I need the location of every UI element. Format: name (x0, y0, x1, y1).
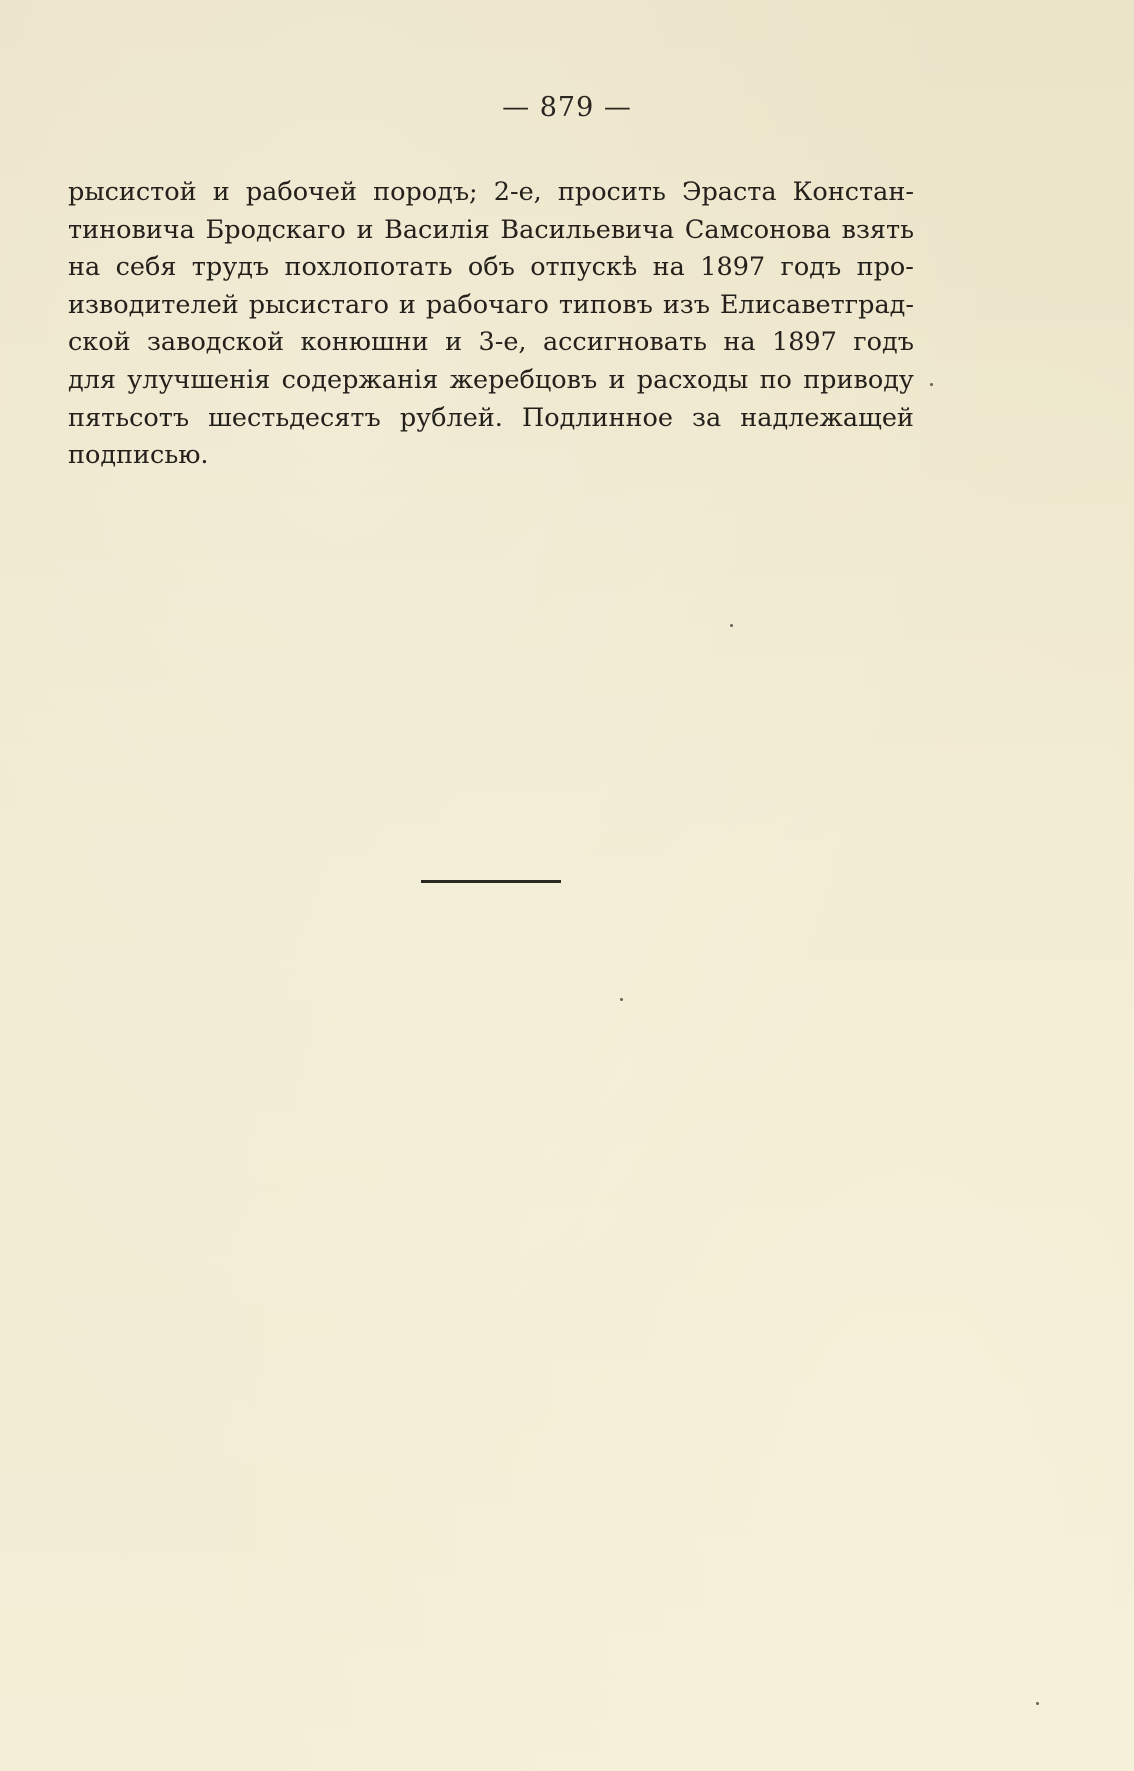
section-divider-rule (421, 880, 561, 883)
word: взять (842, 212, 914, 250)
text-line: изводителейрысистагоирабочаготиповъизъЕл… (68, 287, 914, 325)
word: и (213, 174, 230, 212)
word: рысистой (68, 174, 197, 212)
word: отпускѣ (530, 249, 637, 287)
word: ассигновать (543, 324, 707, 362)
word: Констан- (793, 174, 914, 212)
word: жеребцовъ (450, 362, 598, 400)
word: содержанія (282, 362, 439, 400)
word: годъ (781, 249, 842, 287)
paper-speck (730, 624, 733, 627)
text-line: рысистойирабочейпородъ;2-е,проситьЭраста… (68, 174, 914, 212)
word: Эраста (682, 174, 777, 212)
word: шестьдесятъ (208, 400, 381, 438)
word: 3-е, (478, 324, 526, 362)
word: Василія (384, 212, 490, 250)
word: изъ (663, 287, 710, 325)
word: Подлинное (522, 400, 673, 438)
word: и (356, 212, 373, 250)
word: трудъ (192, 249, 269, 287)
word: на (723, 324, 755, 362)
word: для (68, 362, 116, 400)
word: себя (116, 249, 177, 287)
word: 1897 (772, 324, 837, 362)
word: на (653, 249, 685, 287)
word: ской (68, 324, 131, 362)
word: годъ (853, 324, 914, 362)
word: на (68, 249, 100, 287)
text-line: тиновичаБродскагоиВасиліяВасильевичаСамс… (68, 212, 914, 250)
paper-speck (930, 383, 933, 386)
word: 2-е, (494, 174, 542, 212)
paper-speck (1036, 1702, 1039, 1705)
word: рублей. (400, 400, 503, 438)
word: подписью. (68, 437, 209, 475)
word: заводской (147, 324, 284, 362)
word: рабочей (246, 174, 357, 212)
word: приводу (803, 362, 914, 400)
word: изводителей (68, 287, 239, 325)
word: Елисаветград- (720, 287, 914, 325)
word: похлопотать (285, 249, 453, 287)
word: Самсонова (685, 212, 831, 250)
word: и (608, 362, 625, 400)
word: 1897 (700, 249, 765, 287)
word: породъ; (373, 174, 478, 212)
scanned-page: — 879 — рысистойирабочейпородъ;2-е,проси… (0, 0, 1134, 1771)
word: конюшни (300, 324, 428, 362)
word: про- (857, 249, 914, 287)
paragraph: рысистойирабочейпородъ;2-е,проситьЭраста… (68, 174, 914, 475)
word: Васильевича (500, 212, 674, 250)
text-line: подписью. (68, 437, 914, 475)
word: типовъ (559, 287, 653, 325)
word: по (760, 362, 792, 400)
word: надлежащей (740, 400, 914, 438)
word: рабочаго (426, 287, 549, 325)
word: просить (558, 174, 666, 212)
text-line: дляулучшеніясодержаніяжеребцовъирасходып… (68, 362, 914, 400)
word: пятьсотъ (68, 400, 189, 438)
text-line: насебятрудъпохлопотатьобъотпускѣна1897го… (68, 249, 914, 287)
word: и (445, 324, 462, 362)
word: расходы (637, 362, 749, 400)
paper-speck (620, 998, 623, 1001)
page-number: — 879 — (0, 92, 1134, 123)
word: улучшенія (127, 362, 270, 400)
word: тиновича (68, 212, 195, 250)
word: рысистаго (249, 287, 389, 325)
text-line: пятьсотъшестьдесятърублей.Подлинноезанад… (68, 400, 914, 438)
word: Бродскаго (206, 212, 346, 250)
text-line: скойзаводскойконюшнии3-е,ассигноватьна18… (68, 324, 914, 362)
word: и (399, 287, 416, 325)
word: за (692, 400, 721, 438)
word: объ (468, 249, 515, 287)
